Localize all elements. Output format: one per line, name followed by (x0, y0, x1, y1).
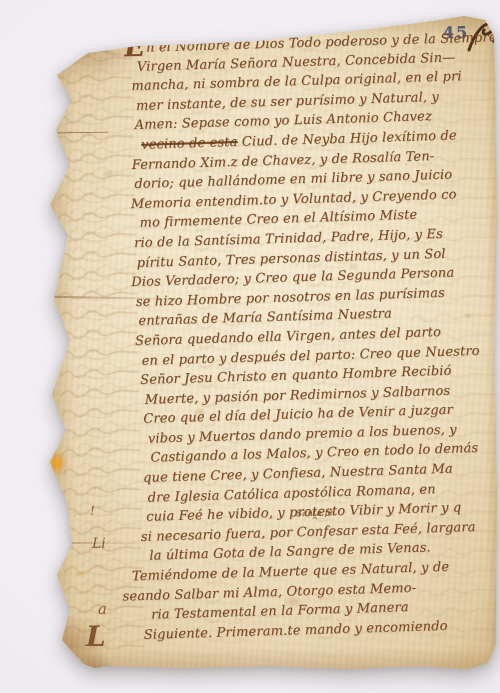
manuscript-page: 45 ——— ! Li a L Santa fé ^ En el Nombre … (48, 14, 500, 674)
margin-mark-l: L (86, 620, 106, 653)
corner-tear-shadow (57, 36, 127, 59)
paper-edge-left (48, 14, 76, 674)
margin-mark-a: a (98, 600, 107, 618)
interlinear-insertion: Santa fé ^ (296, 509, 333, 524)
struck-text: vecino de esta (141, 135, 238, 153)
paper-shadow: 45 ——— ! Li a L Santa fé ^ En el Nombre … (0, 0, 500, 693)
margin-mark-exclaim: ! (90, 504, 95, 518)
photo-backdrop: 45 ——— ! Li a L Santa fé ^ En el Nombre … (0, 0, 500, 693)
paper-edge-bottom (48, 648, 500, 674)
margin-mark-li: Li (92, 536, 106, 552)
margin-dash-mark: ——— (48, 125, 106, 139)
orange-stain-spot (45, 450, 67, 476)
manuscript-text: Santa fé ^ En el Nombre de Dios Todo pod… (132, 27, 500, 645)
